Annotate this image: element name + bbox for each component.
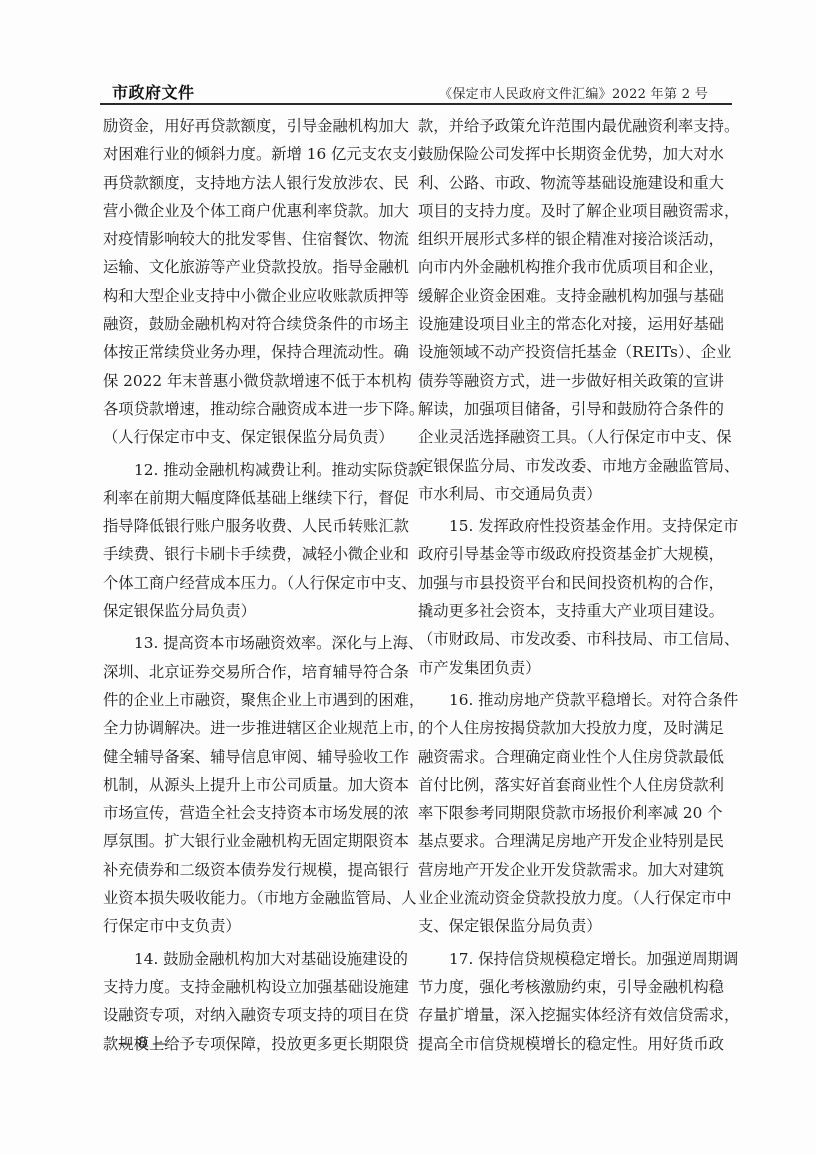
paragraph-item-15: 15. 发挥政府性投资基金作用。支持保定市 政府引导基金等市级政府投资基金扩大规…: [418, 512, 718, 682]
text-line: 向市内外金融机构推介我市优质项目和企业，: [418, 253, 718, 281]
text-line: 市场宣传，营造全社会支持资本市场发展的浓: [103, 799, 403, 827]
text-line: 机制，从源头上提升上市公司质量。加大资本: [103, 771, 403, 799]
text-line: 政府引导基金等市级政府投资基金扩大规模，: [418, 540, 718, 568]
item-heading-line: 15. 发挥政府性投资基金作用。支持保定市: [418, 512, 718, 540]
paragraph-item-17: 17. 保持信贷规模稳定增长。加强逆周期调 节力度，强化考核激励约束，引导金融机…: [418, 945, 718, 1058]
text-line: 市水利局、市交通局负责）: [418, 480, 718, 508]
text-line: 融资，鼓励金融机构对符合续贷条件的市场主: [103, 310, 403, 338]
header-divider: [100, 103, 732, 105]
text-line: 行保定市中支负责）: [103, 912, 403, 940]
text-line: 加强与市县投资平台和民间投资机构的合作，: [418, 569, 718, 597]
left-column: 励资金，用好再贷款额度，引导金融机构加大 对困难行业的倾斜力度。新增 16 亿元…: [103, 112, 403, 1058]
text-line: 存量扩增量，深入挖掘实体经济有效信贷需求，: [418, 1001, 718, 1029]
text-line: 对疫情影响较大的批发零售、住宿餐饮、物流: [103, 225, 403, 253]
text-line: 设施建设项目业主的常态化对接，运用好基础: [418, 310, 718, 338]
text-line: 业企业流动资金贷款投放力度。（人行保定市中: [418, 884, 718, 912]
text-line: 融资需求。合理确定商业性个人住房贷款最低: [418, 743, 718, 771]
paragraph-continued: 励资金，用好再贷款额度，引导金融机构加大 对困难行业的倾斜力度。新增 16 亿元…: [103, 112, 403, 452]
text-line: （人行保定市中支、保定银保监分局负责）: [103, 423, 403, 451]
text-line: 的个人住房按揭贷款加大投放力度，及时满足: [418, 714, 718, 742]
paragraph-item-12: 12. 推动金融机构减费让利。推动实际贷款 利率在前期大幅度降低基础上继续下行，…: [103, 456, 403, 626]
text-line: 解读，加强项目储备，引导和鼓励符合条件的: [418, 395, 718, 423]
text-line: 鼓励保险公司发挥中长期资金优势，加大对水: [418, 140, 718, 168]
paragraph-item-14-continued: 款，并给予政策允许范围内最优融资利率支持。 鼓励保险公司发挥中长期资金优势，加大…: [418, 112, 718, 508]
text-line: 个体工商户经营成本压力。（人行保定市中支、: [103, 569, 403, 597]
text-line: 指导降低银行账户服务收费、人民币转账汇款: [103, 512, 403, 540]
document-page: 市政府文件 《保定市人民政府文件汇编》2022 年第 2 号 励资金，用好再贷款…: [0, 0, 816, 1155]
text-line: 企业灵活选择融资工具。（人行保定市中支、保: [418, 423, 718, 451]
paragraph-item-13: 13. 提高资本市场融资效率。深化与上海、 深圳、北京证券交易所合作，培育辅导符…: [103, 629, 403, 940]
text-line: 款，并给予政策允许范围内最优融资利率支持。: [418, 112, 718, 140]
text-line: 组织开展形式多样的银企精准对接洽谈活动，: [418, 225, 718, 253]
text-line: 市产发集团负责）: [418, 654, 718, 682]
text-line: 厚氛围。扩大银行业金融机构无固定期限资本: [103, 827, 403, 855]
text-line: 再贷款额度，支持地方法人银行发放涉农、民: [103, 169, 403, 197]
text-line: 节力度，强化考核激励约束，引导金融机构稳: [418, 973, 718, 1001]
page-number: — 8 —: [118, 1034, 167, 1052]
text-line: 设施领域不动产投资信托基金（REITs）、企业: [418, 338, 718, 366]
text-line: 保定银保监分局负责）: [103, 597, 403, 625]
text-line: 保 2022 年末普惠小微贷款增速不低于本机构: [103, 367, 403, 395]
item-heading-line: 16. 推动房地产贷款平稳增长。对符合条件: [418, 686, 718, 714]
text-line: 业资本损失吸收能力。（市地方金融监管局、人: [103, 884, 403, 912]
text-line: 补充债券和二级资本债券发行规模，提高银行: [103, 856, 403, 884]
text-line: 率下限参考同期限贷款市场报价利率减 20 个: [418, 799, 718, 827]
text-line: 首付比例，落实好首套商业性个人住房贷款利: [418, 771, 718, 799]
text-line: 深圳、北京证券交易所合作，培育辅导符合条: [103, 658, 403, 686]
paragraph-item-16: 16. 推动房地产贷款平稳增长。对符合条件 的个人住房按揭贷款加大投放力度，及时…: [418, 686, 718, 941]
text-line: 利、公路、市政、物流等基础设施建设和重大: [418, 169, 718, 197]
text-line: 运输、文化旅游等产业贷款投放。指导金融机: [103, 253, 403, 281]
text-line: 定银保监分局、市发改委、市地方金融监管局、: [418, 452, 718, 480]
text-line: 基点要求。合理满足房地产开发企业特别是民: [418, 827, 718, 855]
text-line: 件的企业上市融资，聚焦企业上市遇到的困难，: [103, 686, 403, 714]
text-line: 支、保定银保监分局负责）: [418, 912, 718, 940]
text-line: 支持力度。支持金融机构设立加强基础设施建: [103, 973, 403, 1001]
text-line: 励资金，用好再贷款额度，引导金融机构加大: [103, 112, 403, 140]
item-heading-line: 13. 提高资本市场融资效率。深化与上海、: [103, 629, 403, 657]
running-header: 市政府文件 《保定市人民政府文件汇编》2022 年第 2 号: [100, 78, 730, 104]
text-line: 提高全市信贷规模增长的稳定性。用好货币政: [418, 1030, 718, 1058]
text-line: 构和大型企业支持中小微企业应收账款质押等: [103, 282, 403, 310]
text-line: （市财政局、市发改委、市科技局、市工信局、: [418, 625, 718, 653]
text-line: 缓解企业资金困难。支持金融机构加强与基础: [418, 282, 718, 310]
text-line: 对困难行业的倾斜力度。新增 16 亿元支农支小: [103, 140, 403, 168]
text-line: 健全辅导备案、辅导信息审阅、辅导验收工作: [103, 743, 403, 771]
section-title: 市政府文件: [112, 80, 195, 103]
text-line: 体按正常续贷业务办理，保持合理流动性。确: [103, 338, 403, 366]
text-line: 撬动更多社会资本，支持重大产业项目建设。: [418, 597, 718, 625]
text-line: 营小微企业及个体工商户优惠利率贷款。加大: [103, 197, 403, 225]
text-line: 手续费、银行卡刷卡手续费，减轻小微企业和: [103, 540, 403, 568]
item-heading-line: 12. 推动金融机构减费让利。推动实际贷款: [103, 456, 403, 484]
right-column: 款，并给予政策允许范围内最优融资利率支持。 鼓励保险公司发挥中长期资金优势，加大…: [418, 112, 718, 1058]
text-line: 营房地产开发企业开发贷款需求。加大对建筑: [418, 856, 718, 884]
text-line: 项目的支持力度。及时了解企业项目融资需求，: [418, 197, 718, 225]
item-heading-line: 17. 保持信贷规模稳定增长。加强逆周期调: [418, 945, 718, 973]
item-heading-line: 14. 鼓励金融机构加大对基础设施建设的: [103, 945, 403, 973]
text-line: 债券等融资方式，进一步做好相关政策的宣讲: [418, 367, 718, 395]
text-line: 各项贷款增速，推动综合融资成本进一步下降。: [103, 395, 403, 423]
text-line: 全力协调解决。进一步推进辖区企业规范上市，: [103, 714, 403, 742]
text-line: 利率在前期大幅度降低基础上继续下行，督促: [103, 484, 403, 512]
publication-title: 《保定市人民政府文件汇编》2022 年第 2 号: [439, 83, 708, 102]
text-line: 设融资专项，对纳入融资专项支持的项目在贷: [103, 1001, 403, 1029]
